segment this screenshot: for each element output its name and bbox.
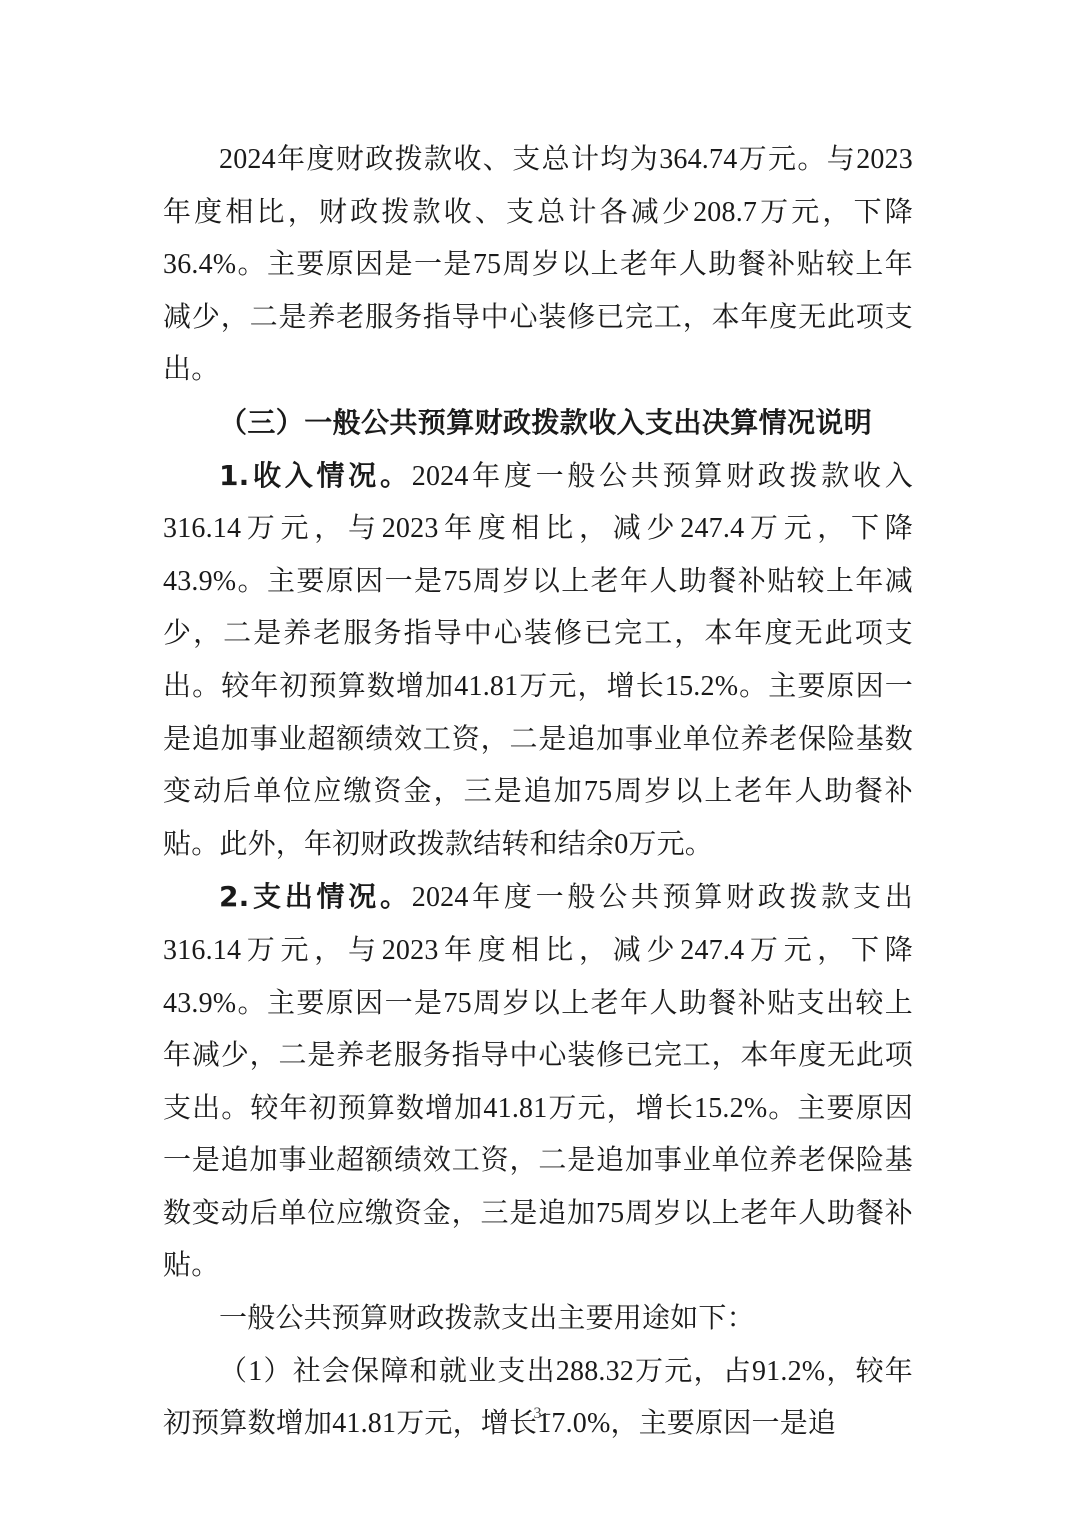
document-page: 2024年度财政拨款收、支总计均为364.74万元。与2023年度相比，财政拨款… [163, 134, 913, 1451]
paragraph-income: 1.收入情况。2024年度一般公共预算财政拨款收入316.14万元，与2023年… [163, 450, 913, 872]
expenditure-lead: 2.支出情况。 [219, 880, 412, 913]
paragraph-uses-intro: 一般公共预算财政拨款支出主要用途如下： [163, 1293, 913, 1346]
paragraph-fiscal-total: 2024年度财政拨款收、支总计均为364.74万元。与2023年度相比，财政拨款… [163, 134, 913, 397]
paragraph-item-1: （1）社会保障和就业支出288.32万元，占91.2%，较年初预算数增加41.8… [163, 1346, 913, 1451]
expenditure-text: 2024年度一般公共预算财政拨款支出316.14万元，与2023年度相比，减少2… [163, 882, 913, 1281]
income-lead: 1.收入情况。 [219, 459, 412, 492]
section-heading: （三）一般公共预算财政拨款收入支出决算情况说明 [163, 397, 913, 450]
page-number: - 3 - [0, 1405, 1075, 1423]
income-text: 2024年度一般公共预算财政拨款收入316.14万元，与2023年度相比，减少2… [163, 461, 913, 860]
paragraph-expenditure: 2.支出情况。2024年度一般公共预算财政拨款支出316.14万元，与2023年… [163, 871, 913, 1293]
